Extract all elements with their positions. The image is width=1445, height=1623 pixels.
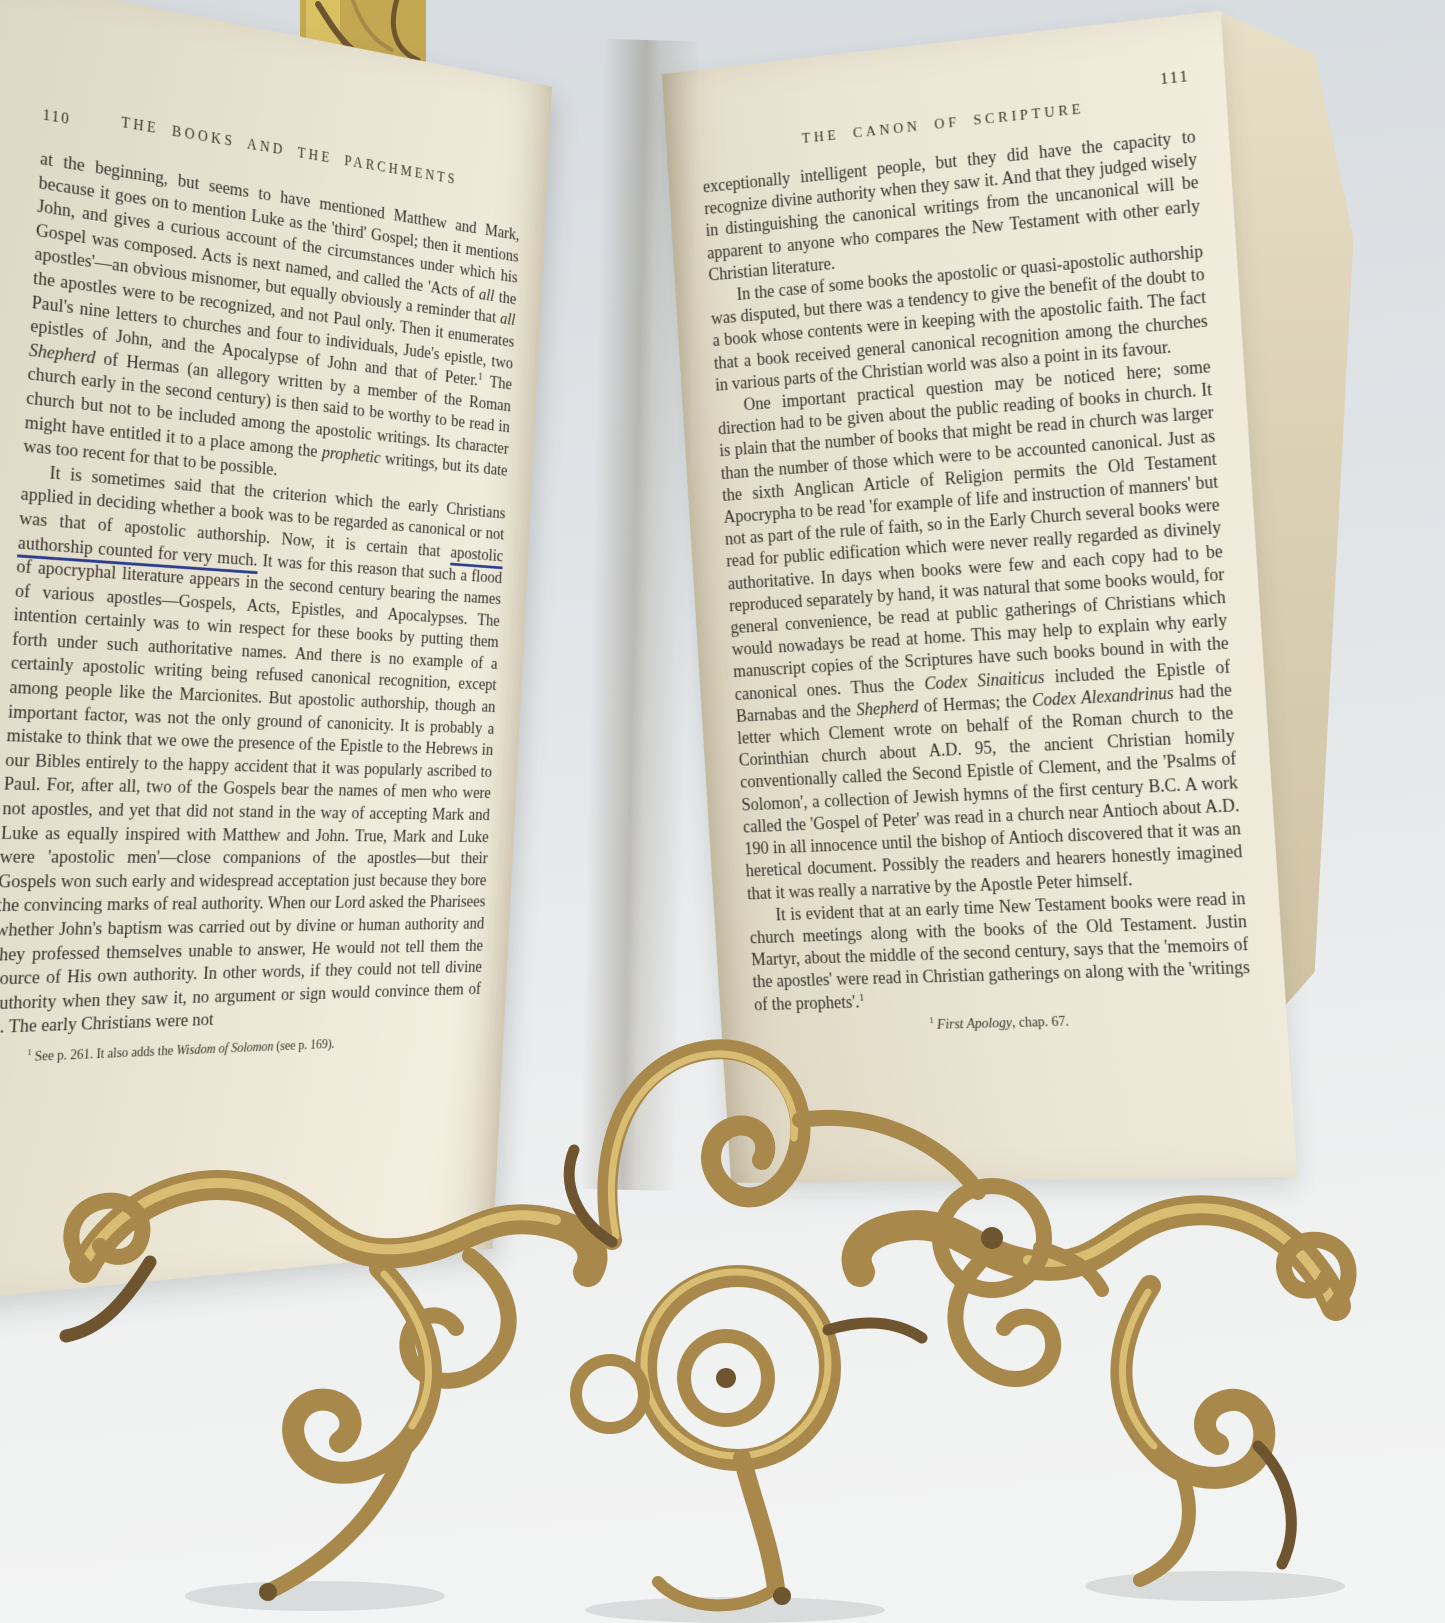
paragraph: One important practical question may be … bbox=[716, 355, 1244, 904]
photo-scene: THE CANON OF SCRIPTURE 111 exceptionally… bbox=[0, 0, 1445, 1623]
text-segment: prophetic bbox=[321, 442, 381, 467]
text-segment: of Hermas; the bbox=[918, 690, 1033, 716]
page-number-right: 111 bbox=[1160, 66, 1191, 89]
text-segment: all bbox=[500, 310, 516, 330]
text-segment: Wisdom of Solomon bbox=[176, 1039, 274, 1058]
right-page: THE CANON OF SCRIPTURE 111 exceptionally… bbox=[662, 11, 1297, 1183]
text-segment: See p. 261. It also adds the bbox=[31, 1043, 177, 1065]
text-segment: Shepherd bbox=[856, 697, 919, 720]
text-segment: Codex Sinaiticus bbox=[924, 667, 1045, 693]
text-segment: The bbox=[482, 372, 512, 394]
paragraph: It is sometimes said that the criterion … bbox=[0, 459, 506, 1041]
text-segment: (see p. 169). bbox=[273, 1037, 335, 1054]
left-page: 110 THE BOOKS AND THE PARCHMENTS at the … bbox=[0, 0, 552, 1305]
paragraph: It is evident that at an early time New … bbox=[748, 887, 1252, 1016]
text-segment: It was for this reason that such a flood… bbox=[0, 550, 502, 1038]
text-segment: First Apology bbox=[937, 1015, 1013, 1032]
footnote-marker: 1 bbox=[859, 991, 865, 1003]
text-segment: all bbox=[479, 285, 495, 306]
text-segment: One important practical question may be … bbox=[718, 356, 1230, 703]
page-number-left: 110 bbox=[42, 105, 71, 129]
text-segment: , chap. 67. bbox=[1011, 1014, 1069, 1031]
